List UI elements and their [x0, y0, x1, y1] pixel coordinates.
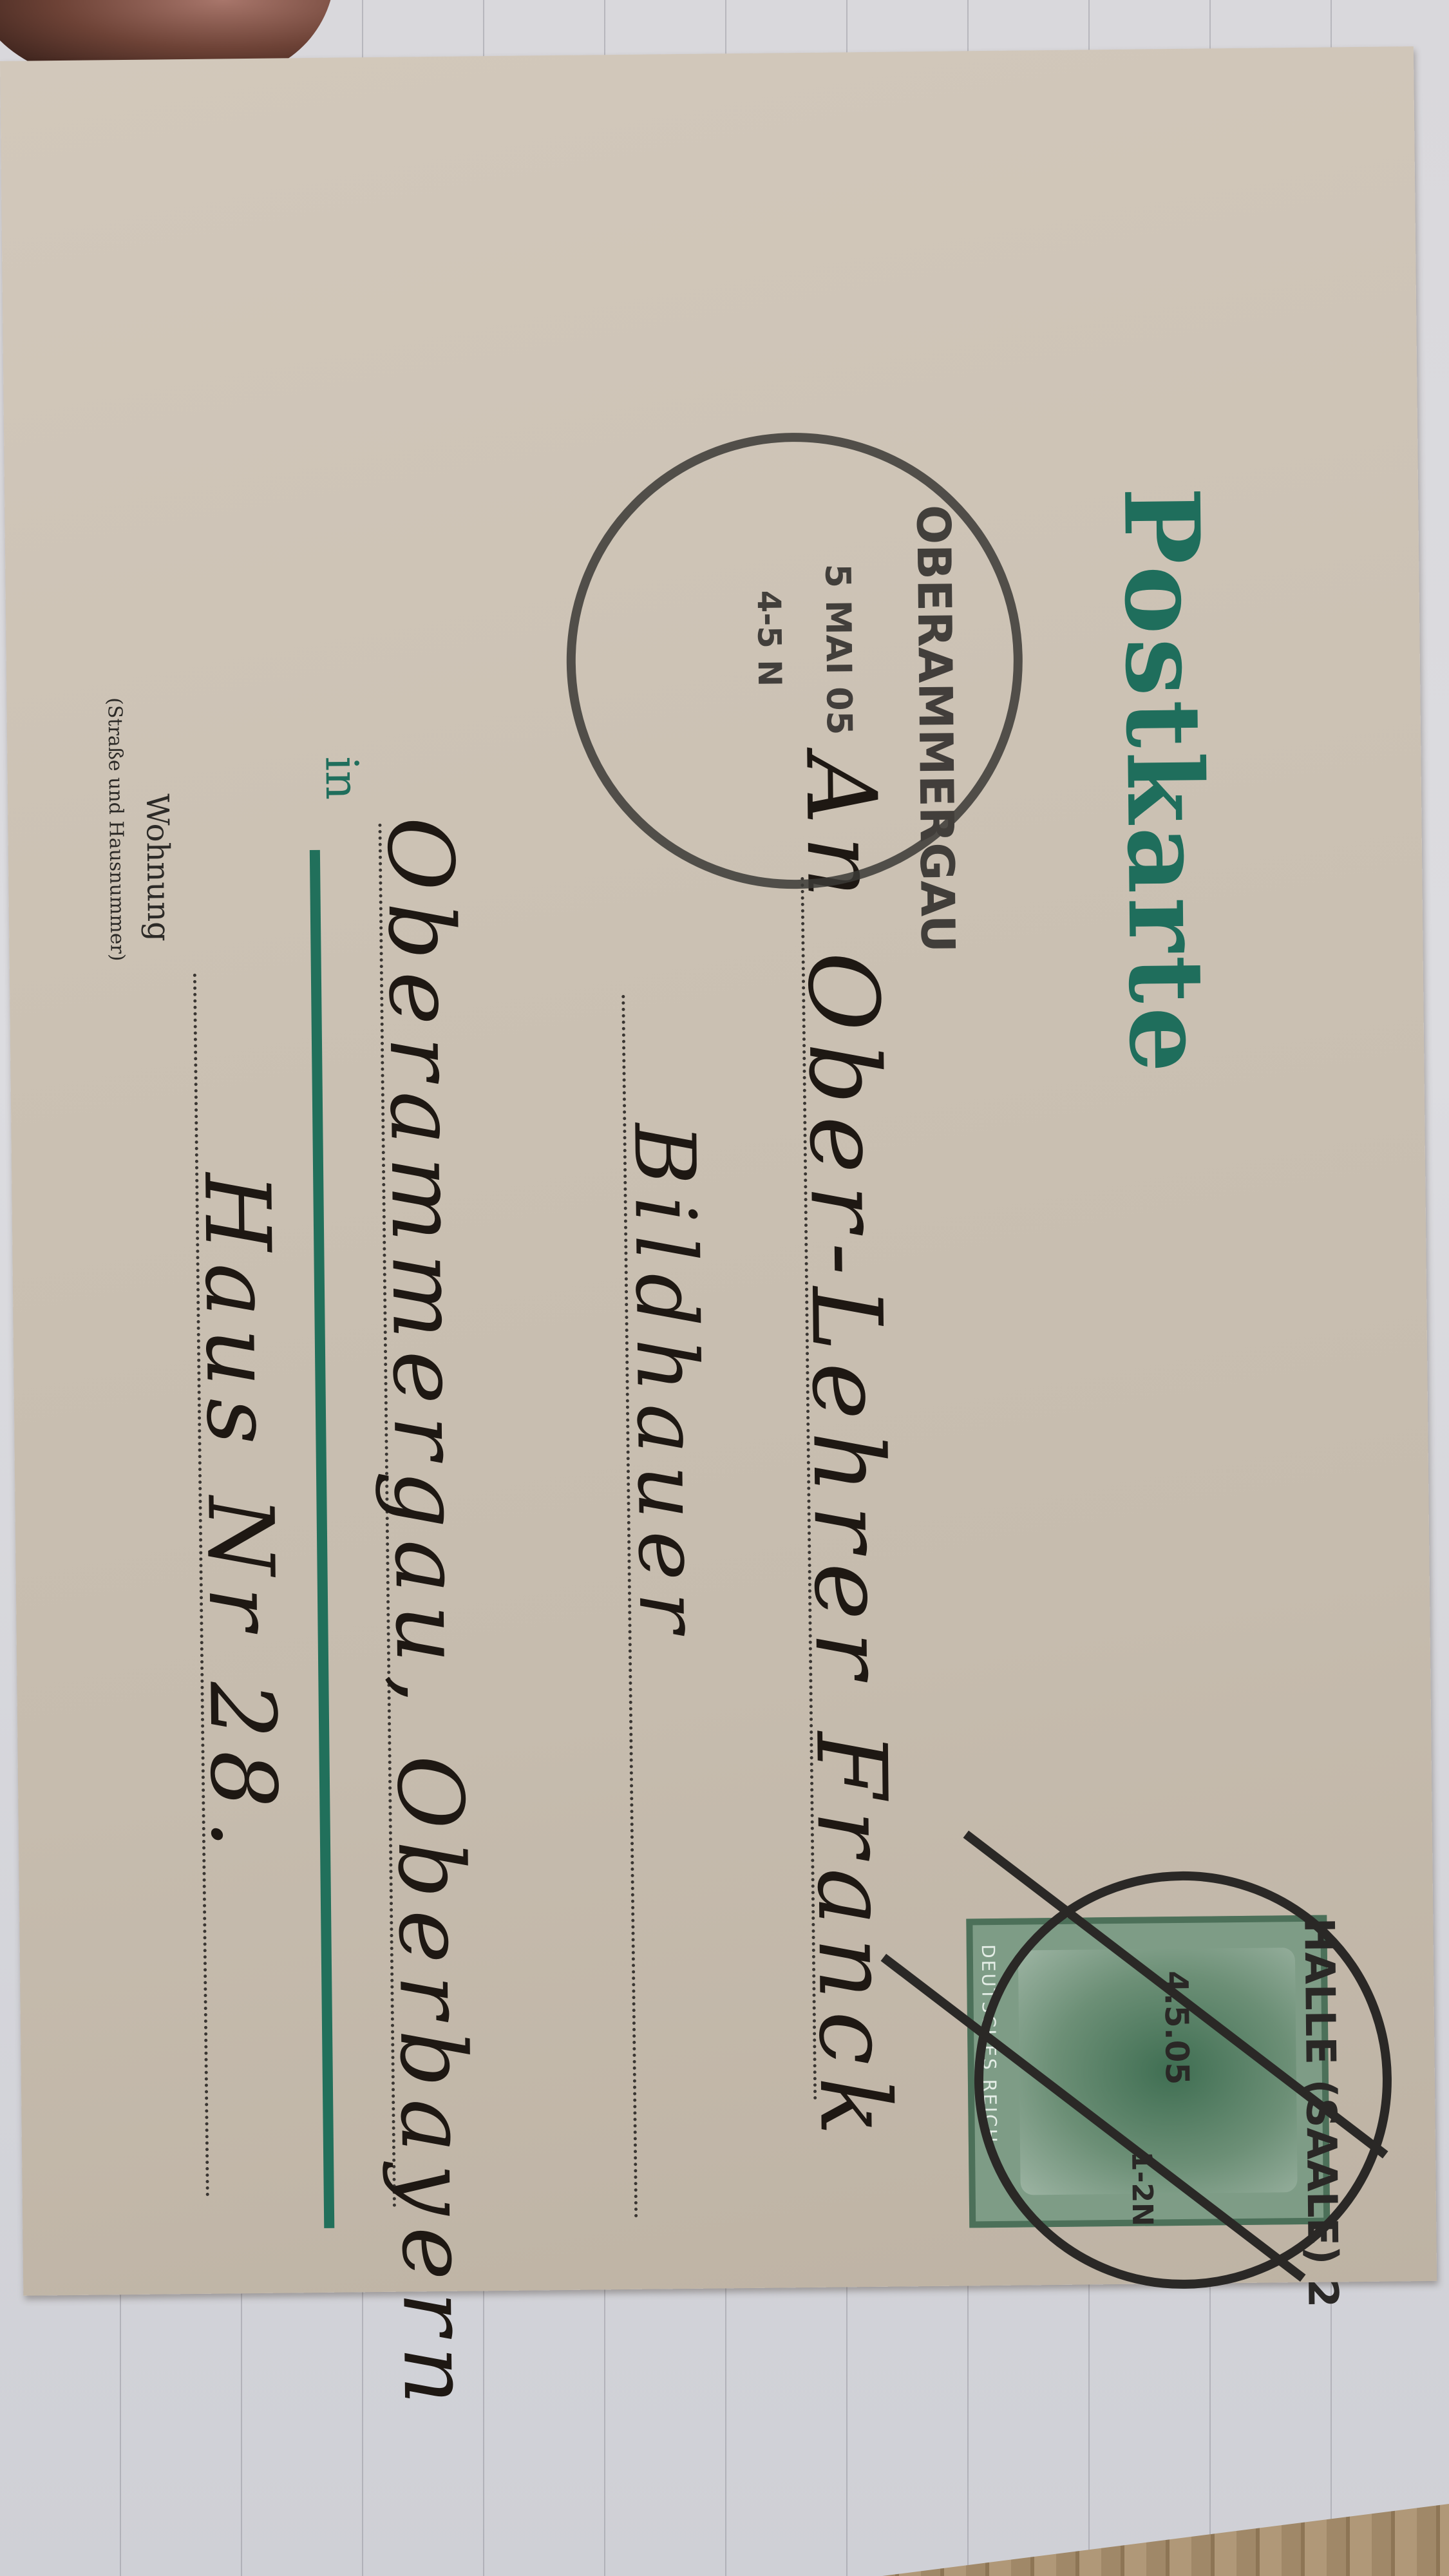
postmark-date: 4.5.05 [1157, 1971, 1196, 2085]
handwritten-line-3: Oberammergau, Oberbayern [366, 816, 488, 2416]
postmark-time: 4-5 N [750, 590, 789, 687]
postmark-bar [881, 1954, 1306, 2282]
postmark-oberammergau: OBERAMMERGAU 5 MAI 05 4-5 N [564, 430, 1025, 891]
destination-underline [310, 850, 334, 2228]
handwritten-line-2: Bildhauer [615, 1122, 718, 1643]
label-wohnung-hint: (Straße und Hausnummer) [103, 697, 128, 961]
label-in: in [315, 756, 368, 800]
postmark-town: OBERAMMERGAU [906, 504, 965, 952]
postmark-time: 1-2N [1125, 2151, 1159, 2226]
handwritten-line-4: Haus Nr 28. [184, 1172, 296, 1860]
handwritten-line-1: An Ober-Lehrer Franck [784, 753, 911, 2147]
card-title: Postkarte [1101, 486, 1228, 1077]
label-wohnung: Wohnung [139, 793, 176, 942]
postmark-town: HALLE (SAALE) 2 [1294, 1917, 1346, 2307]
postcard: Postkarte in Wohnung (Straße und Hausnum… [0, 46, 1437, 2296]
postmark-halle: HALLE (SAALE) 2 4.5.05 1-2N [972, 1870, 1394, 2291]
postmark-date: 5 MAI 05 [817, 563, 860, 735]
